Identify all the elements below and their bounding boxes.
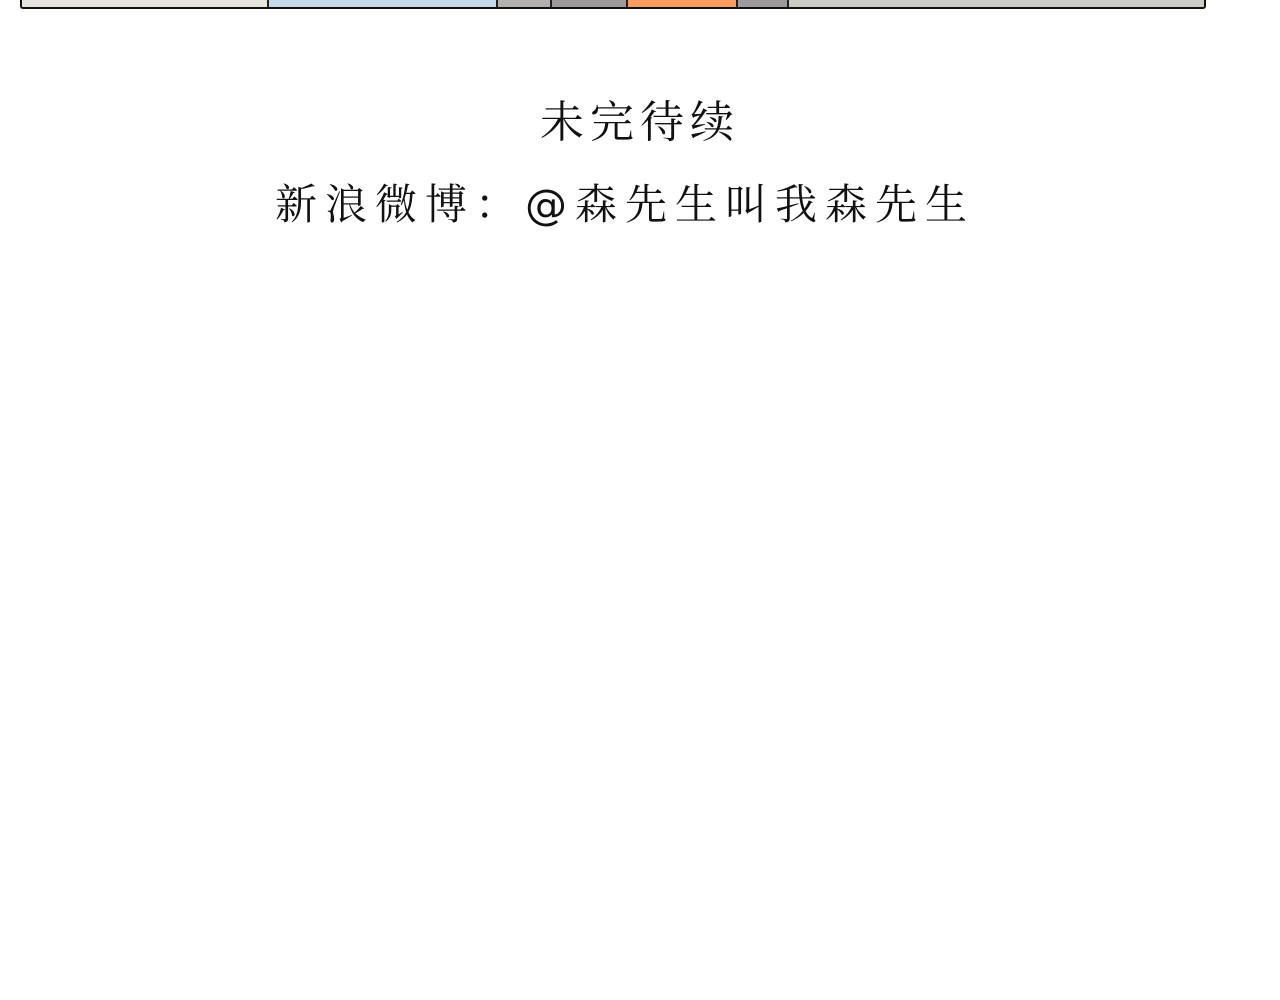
panel-right [787, 0, 1204, 7]
to-be-continued-text: 未完待续 [0, 86, 1280, 150]
panel-blue [267, 0, 496, 7]
weibo-credit-text: 新浪微博：@森先生叫我森先生 [0, 172, 1250, 232]
panel-gray-dark-2 [736, 0, 788, 7]
panel-orange [626, 0, 736, 7]
panel-left [22, 0, 267, 7]
panel-gray-dark [550, 0, 626, 7]
comic-panel-bottom-edge [20, 0, 1206, 9]
panel-gray-light [496, 0, 550, 7]
